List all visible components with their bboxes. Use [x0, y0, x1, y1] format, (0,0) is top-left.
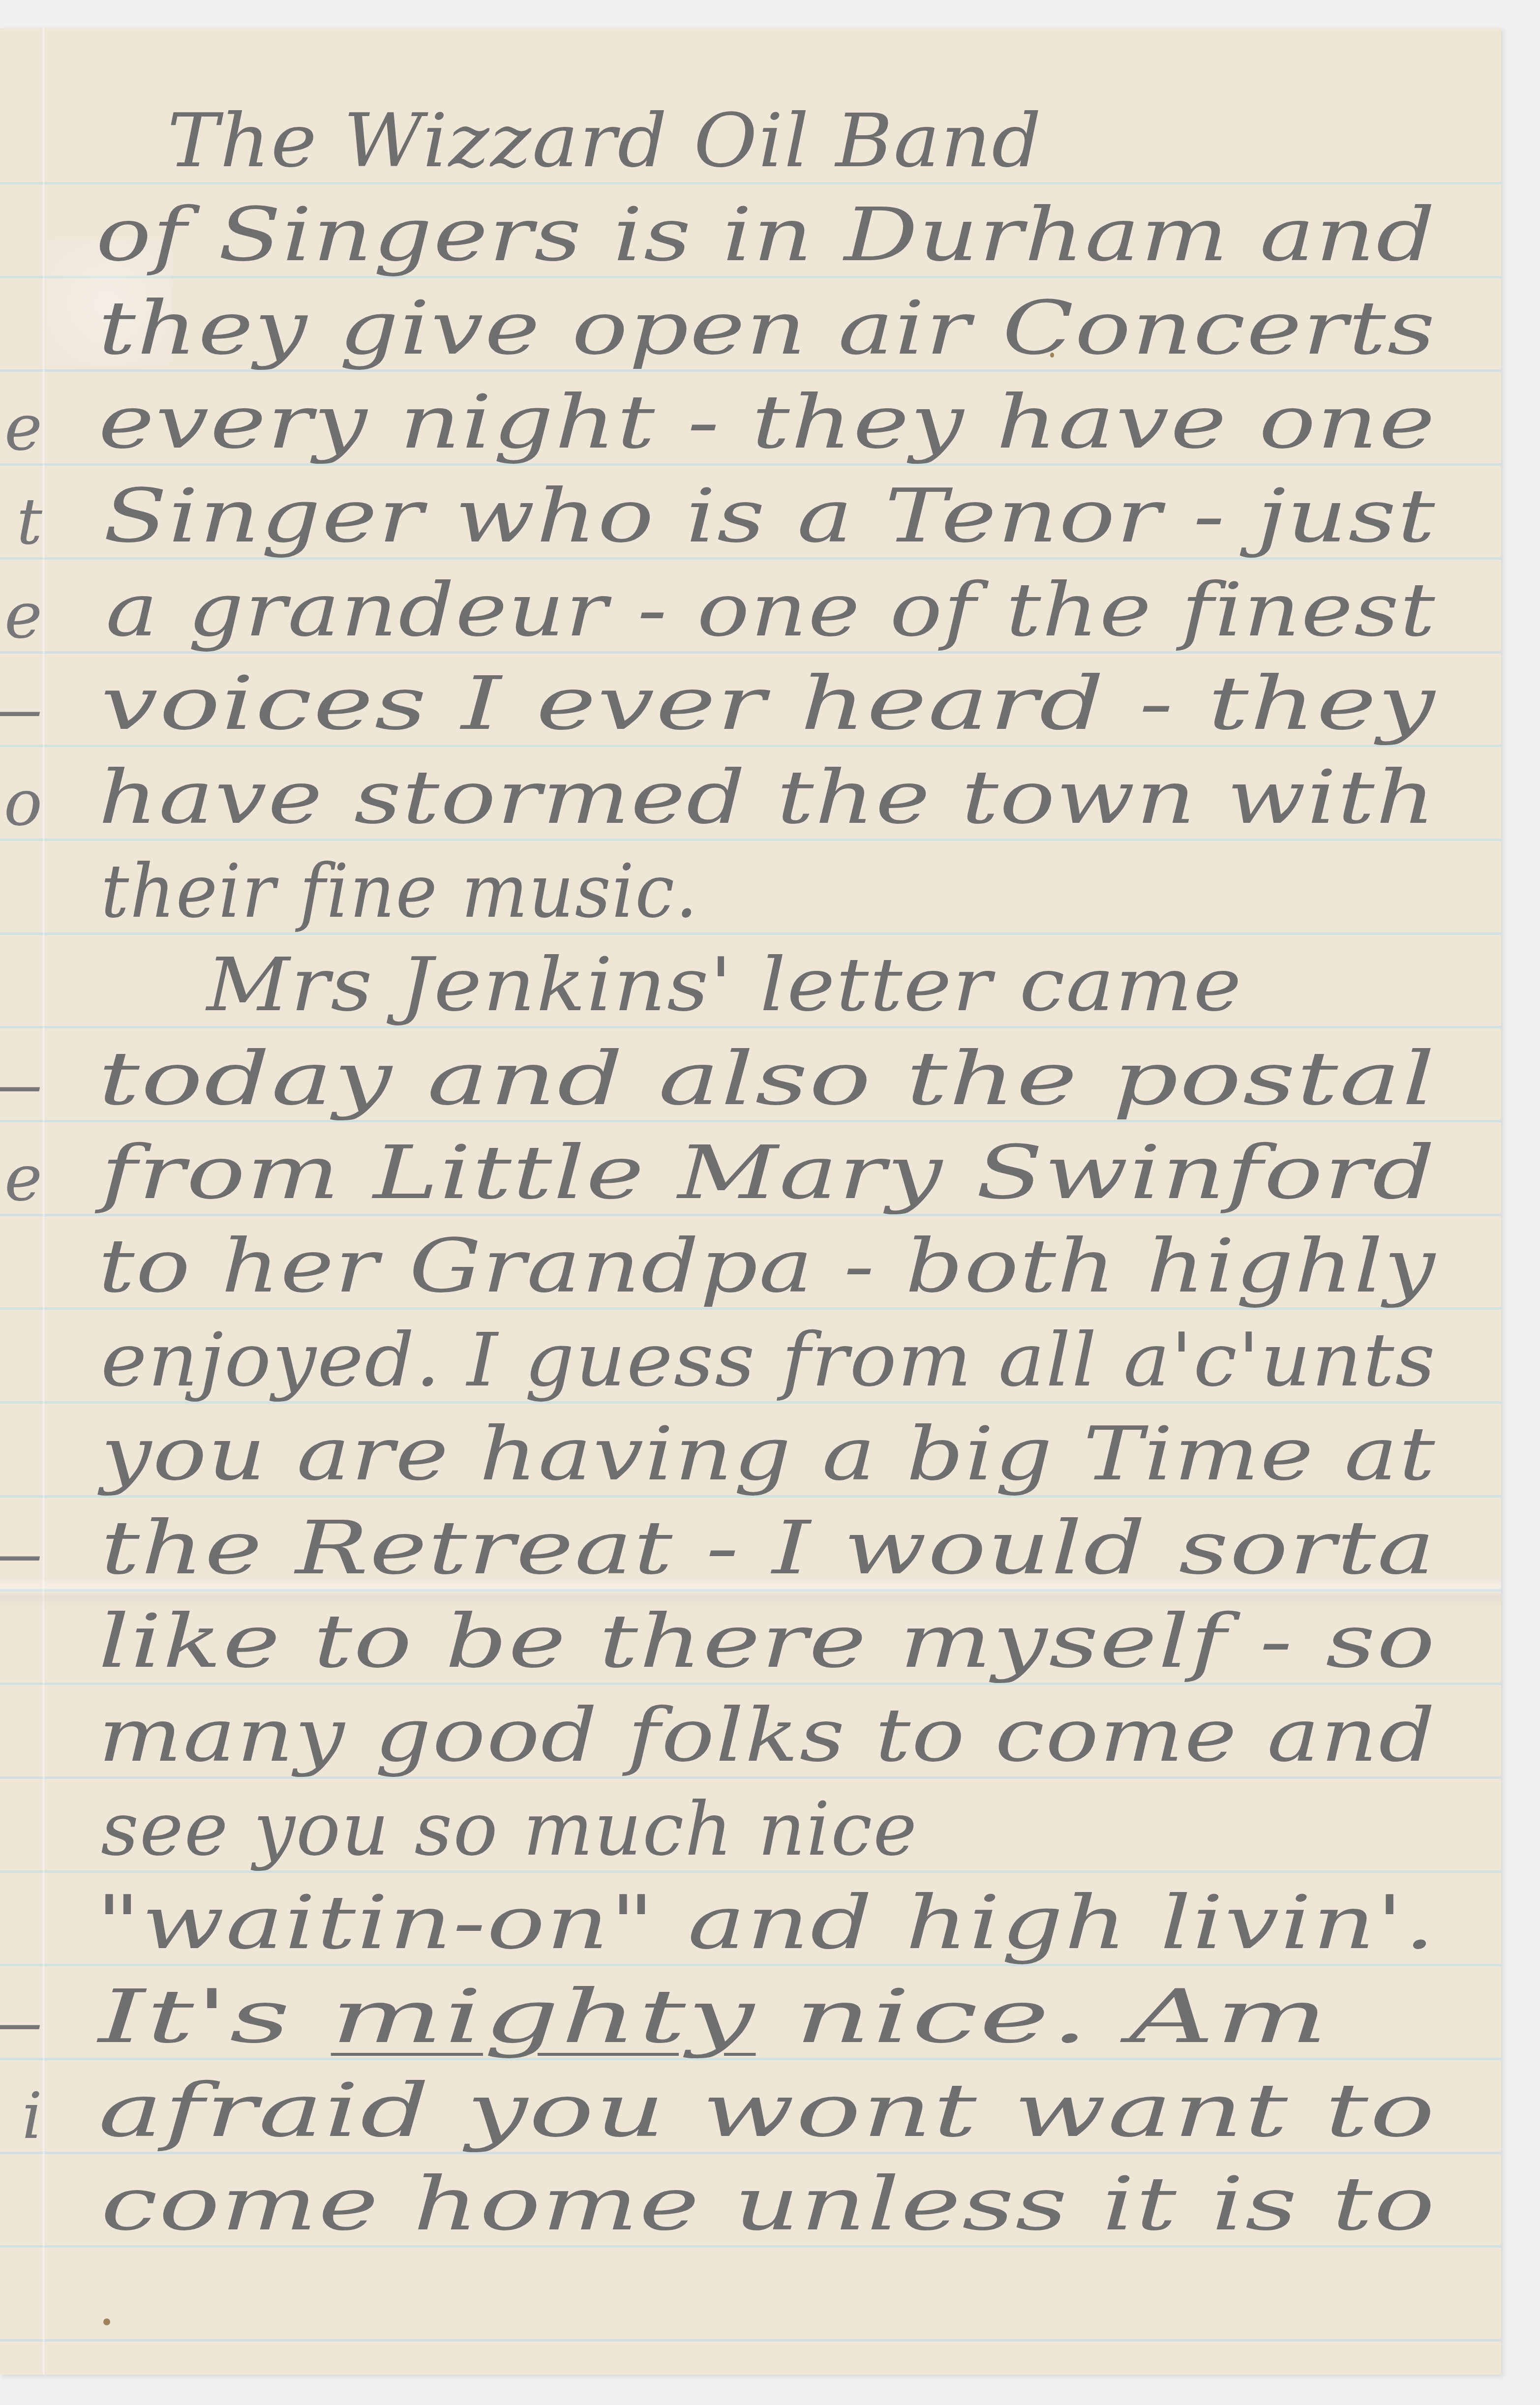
- letter-line: the Retreat - I would sorta: [0, 1497, 1501, 1585]
- letter-line: their fine music.: [0, 840, 1501, 929]
- line-text: afraid you wont want to: [98, 2074, 1436, 2148]
- line-text: Mrs Jenkins' letter came: [207, 948, 1242, 1022]
- line-text: like to be there myself - so: [98, 1605, 1436, 1679]
- line-text: to her Grandpa - both highly: [98, 1230, 1436, 1303]
- letter-line: have stormed the town with: [0, 746, 1501, 835]
- letter-line: many good folks to come and: [0, 1684, 1501, 1773]
- underlined-word: mighty: [331, 1974, 756, 2060]
- margin-fragment: t: [0, 480, 42, 553]
- line-text: "waitin-on" and high livin'.: [96, 1886, 1436, 1960]
- letter-line: from Little Mary Swinford: [0, 1121, 1501, 1210]
- line-text: It's mighty nice. Am: [98, 1980, 1329, 2054]
- line-text: today and also the postal: [98, 1042, 1436, 1116]
- line-text: come home unless it is to: [101, 2167, 1436, 2241]
- letter-line: "waitin-on" and high livin'.: [0, 1871, 1501, 1960]
- line-text: enjoyed. I guess from all a'c'unts: [101, 1323, 1436, 1397]
- letter-line: to her Grandpa - both highly: [0, 1215, 1501, 1303]
- margin-fragment: i: [0, 2074, 42, 2148]
- letter-line: enjoyed. I guess from all a'c'unts: [0, 1309, 1501, 1397]
- fragment-text: t: [17, 489, 42, 553]
- line-text: you are having a big Time at: [101, 1417, 1436, 1491]
- line-text: every night - they have one: [98, 386, 1436, 459]
- line-text: see you so much nice: [101, 1793, 918, 1866]
- paper-spot: [103, 2318, 110, 2325]
- letter-page: The Wizzard Oil Band of Singers is in Du…: [0, 28, 1501, 2375]
- letter-line: afraid you wont want to: [0, 2059, 1501, 2148]
- line-text: of Singers is in Durham and: [96, 198, 1436, 272]
- line-text: their fine music.: [101, 855, 698, 929]
- line-text: they give open air Concerts: [98, 292, 1436, 365]
- letter-line: today and also the postal: [0, 1027, 1501, 1116]
- letter-line: The Wizzard Oil Band: [0, 90, 1501, 178]
- margin-fragment: —: [0, 1980, 42, 2054]
- letter-line: see you so much nice: [0, 1778, 1501, 1866]
- line-text: have stormed the town with: [98, 761, 1436, 835]
- fragment-text: o: [4, 771, 42, 835]
- letter-line: voices I ever heard - they: [0, 652, 1501, 741]
- fragment-text: e: [4, 583, 42, 647]
- fragment-text: —: [0, 1521, 42, 1585]
- margin-fragment: o: [0, 761, 42, 835]
- ruled-line: [0, 2339, 1501, 2342]
- letter-line: they give open air Concerts: [0, 277, 1501, 365]
- margin-fragment: —: [0, 1042, 42, 1116]
- line-text: the Retreat - I would sorta: [101, 1511, 1436, 1585]
- fragment-text: i: [22, 2084, 42, 2148]
- line-text: from Little Mary Swinford: [101, 1136, 1436, 1210]
- margin-fragment: —: [0, 1511, 42, 1585]
- line-text: The Wizzard Oil Band: [167, 104, 1042, 178]
- letter-line: like to be there myself - so: [0, 1590, 1501, 1679]
- fragment-text: e: [4, 1146, 42, 1210]
- margin-fragment: —: [0, 667, 42, 741]
- margin-fragment: e: [0, 1136, 42, 1210]
- letter-line: It's mighty nice. Am: [0, 1965, 1501, 2054]
- letter-line: every night - they have one: [0, 371, 1501, 459]
- line-text: many good folks to come and: [98, 1699, 1436, 1773]
- line-text: a grandeur - one of the finest: [106, 573, 1436, 647]
- fragment-text: —: [0, 1052, 42, 1116]
- margin-fragment: e: [0, 386, 42, 459]
- letter-line: come home unless it is to: [0, 2153, 1501, 2241]
- line-text: Singer who is a Tenor - just: [103, 480, 1436, 553]
- line-text: voices I ever heard - they: [101, 667, 1436, 741]
- fragment-text: —: [0, 677, 42, 741]
- letter-line: a grandeur - one of the finest: [0, 559, 1501, 647]
- margin-fragment: e: [0, 573, 42, 647]
- letter-line: you are having a big Time at: [0, 1403, 1501, 1491]
- fragment-text: e: [4, 395, 42, 459]
- paper-spot: [1050, 353, 1054, 358]
- letter-line: Mrs Jenkins' letter came: [0, 933, 1501, 1022]
- letter-line: Singer who is a Tenor - just: [0, 465, 1501, 553]
- letter-line: of Singers is in Durham and: [0, 183, 1501, 272]
- fragment-text: —: [0, 1990, 42, 2054]
